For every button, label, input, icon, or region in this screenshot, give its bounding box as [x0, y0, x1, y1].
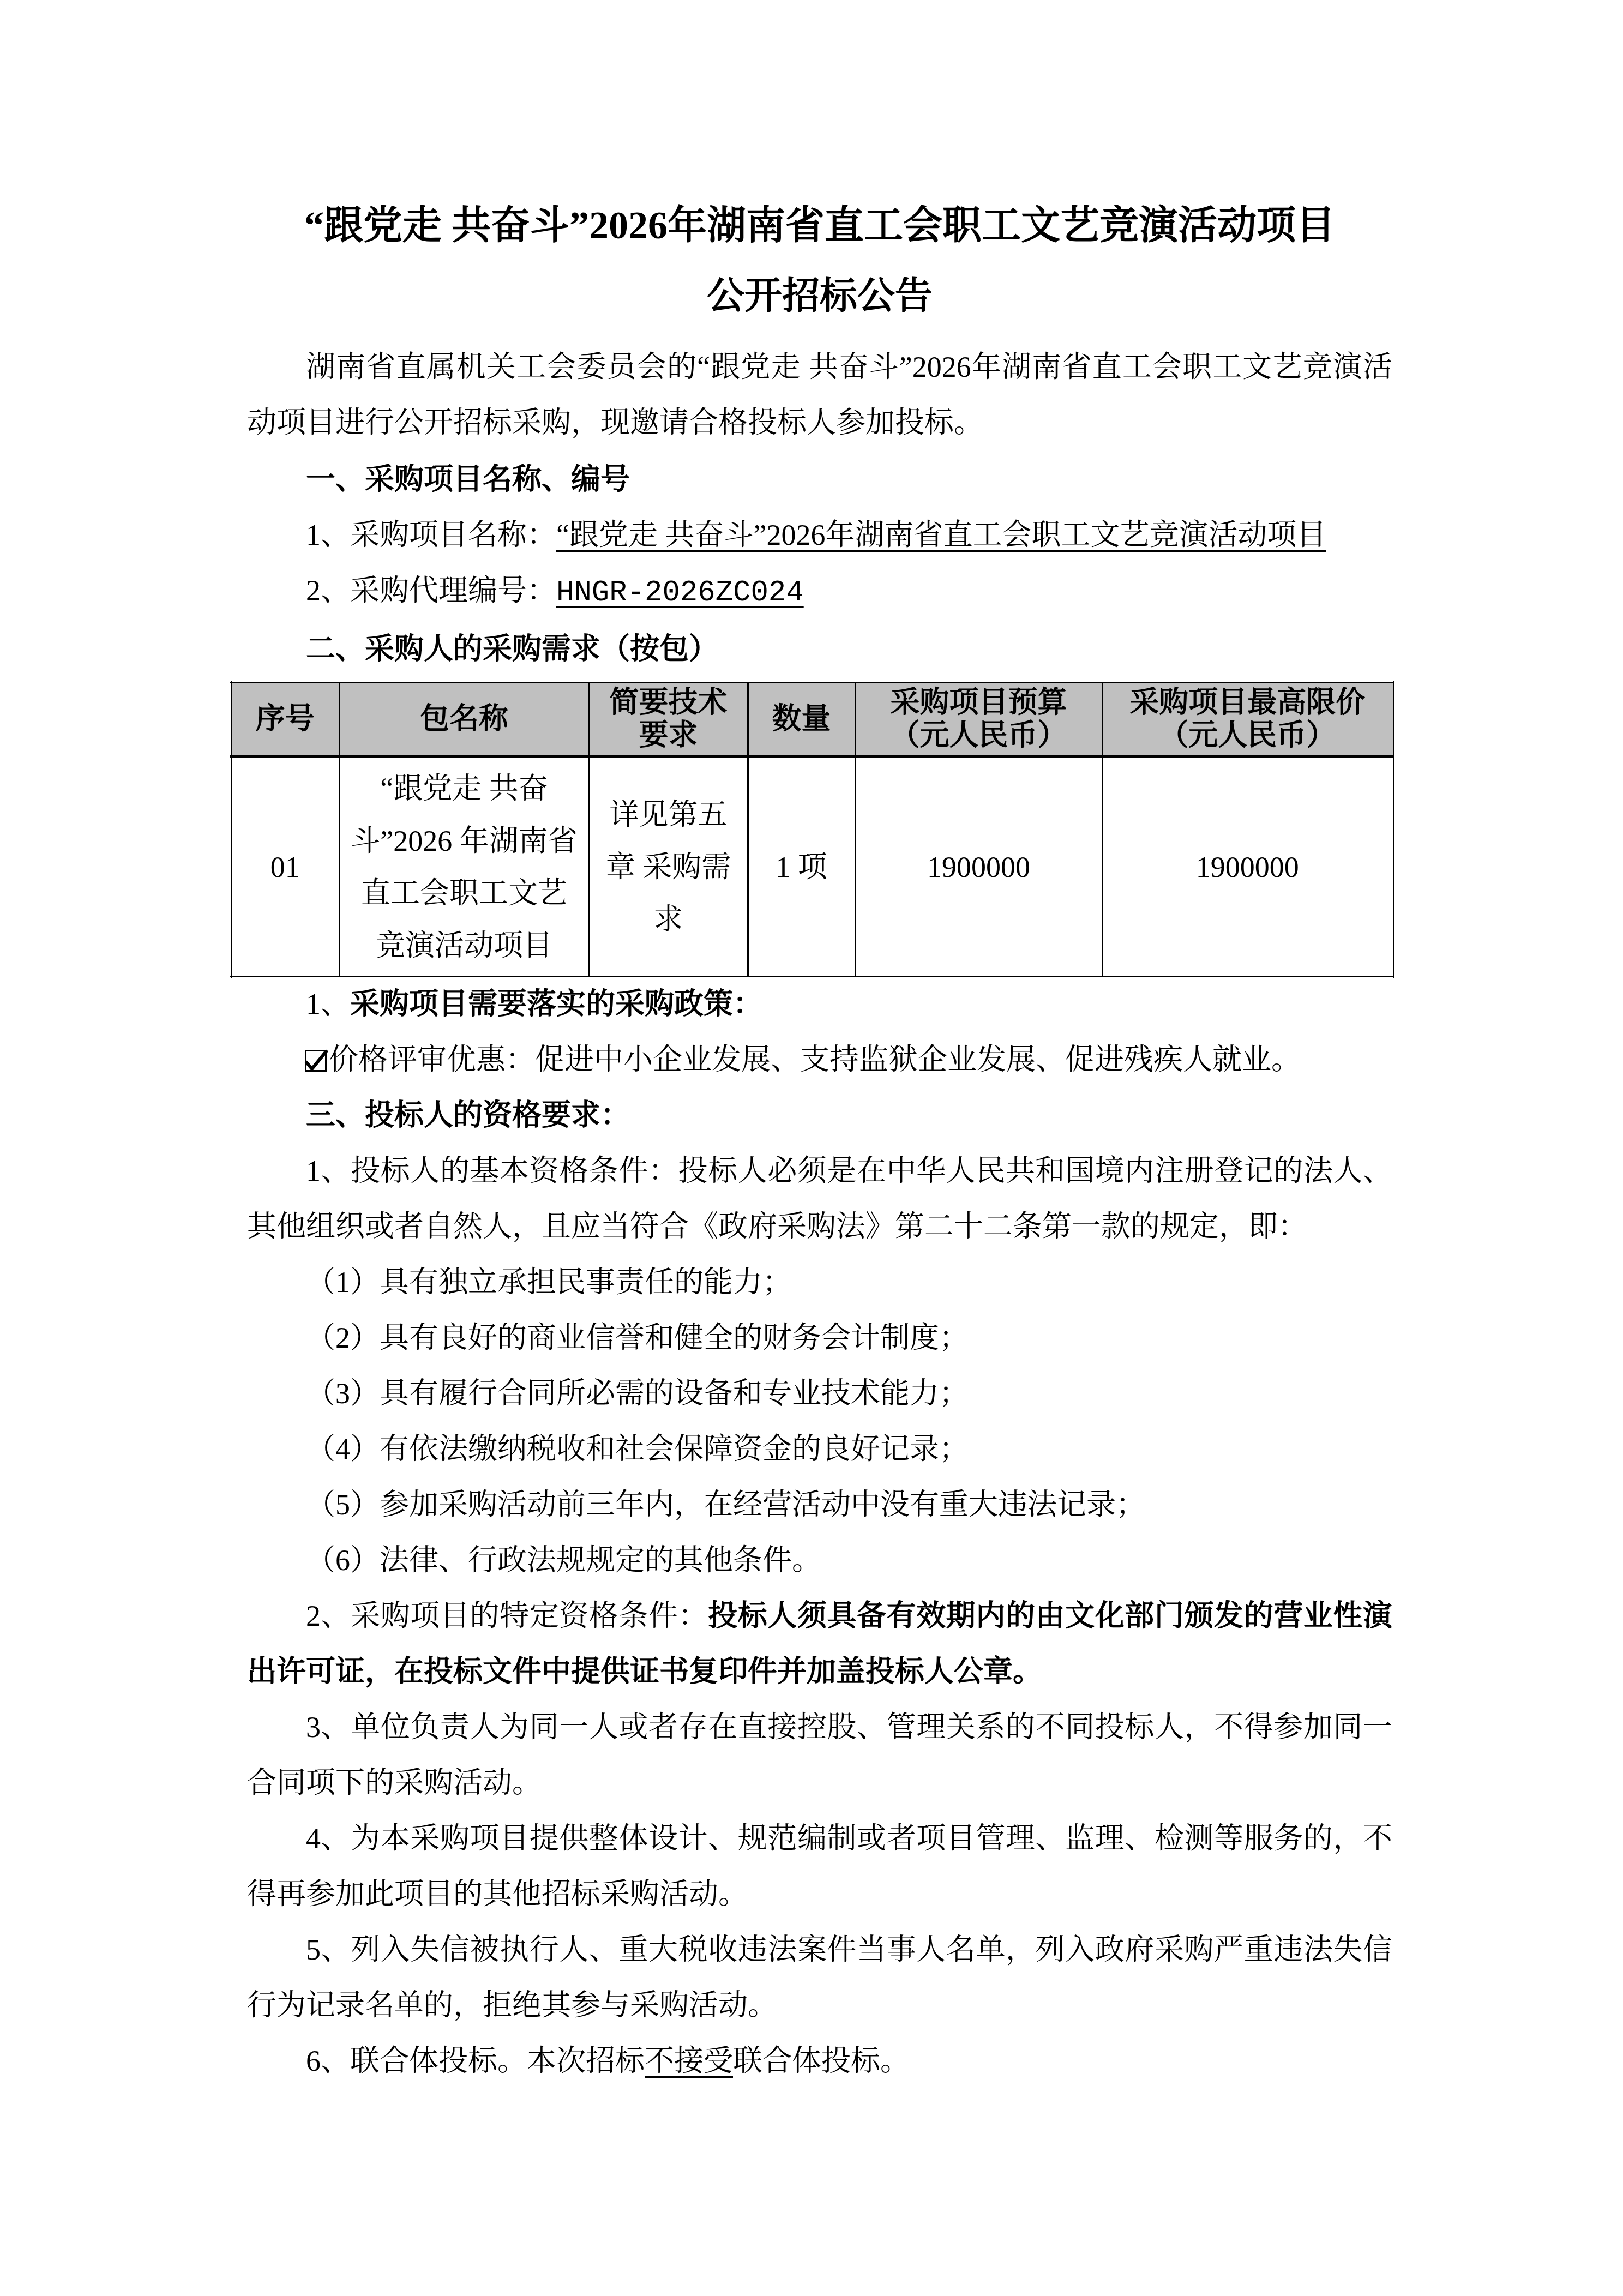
package-table: 序号 包名称 简要技术要求 数量 采购项目预算（元人民币） 采购项目最高限价（元…: [230, 681, 1394, 978]
table-row: 01 “跟党走 共奋斗”2026 年湖南省直工会职工文艺竞演活动项目 详见第五章…: [231, 756, 1393, 977]
rule-item-3: 3、单位负责人为同一人或者存在直接控股、管理关系的不同投标人，不得参加同一合同项…: [247, 1699, 1392, 1811]
condition-item: （6）法律、行政法规规定的其他条件。: [247, 1532, 1392, 1588]
specific-qualification-label: 2、采购项目的特定资格条件：: [306, 1600, 708, 1632]
cell-seq: 01: [231, 756, 339, 977]
cell-tech-requirements: 详见第五章 采购需求: [589, 756, 748, 977]
policy-option: 价格评审优惠：促进中小企业发展、支持监狱企业发展、促进残疾人就业。: [247, 1032, 1392, 1087]
specific-qualification: 2、采购项目的特定资格条件：投标人须具备有效期内的由文化部门颁发的营业性演出许可…: [247, 1588, 1392, 1699]
consortium-prefix: 6、联合体投标。本次招标: [306, 2045, 645, 2077]
document-title: “跟党走 共奋斗”2026年湖南省直工会职工文艺竞演活动项目: [247, 201, 1392, 250]
consortium-suffix: 联合体投标。: [733, 2045, 910, 2077]
consortium-not-accepted: 不接受: [645, 2045, 733, 2077]
policy-heading-line: 1、采购项目需要落实的采购政策：: [247, 976, 1392, 1032]
project-name-value: “跟党走 共奋斗”2026年湖南省直工会职工文艺竞演活动项目: [556, 519, 1326, 551]
header-seq: 序号: [231, 682, 339, 756]
section2-heading: 二、采购人的采购需求（按包）: [247, 621, 1392, 677]
basic-qualification: 1、投标人的基本资格条件：投标人必须是在中华人民共和国境内注册登记的法人、其他组…: [247, 1143, 1392, 1254]
header-max-price: 采购项目最高限价（元人民币）: [1102, 682, 1393, 756]
section1-heading: 一、采购项目名称、编号: [247, 452, 1392, 507]
project-name-label: 1、采购项目名称：: [306, 519, 556, 551]
header-tech-requirements: 简要技术要求: [589, 682, 748, 756]
cell-budget: 1900000: [855, 756, 1102, 977]
section-qualifications: 1、采购项目需要落实的采购政策： 价格评审优惠：促进中小企业发展、支持监狱企业发…: [247, 976, 1392, 2089]
cell-max-price: 1900000: [1102, 756, 1393, 977]
cell-package-name: “跟党走 共奋斗”2026 年湖南省直工会职工文艺竞演活动项目: [339, 756, 589, 977]
condition-item: （4）有依法缴纳税收和社会保障资金的良好记录；: [247, 1421, 1392, 1477]
header-package-name: 包名称: [339, 682, 589, 756]
section-project-name: 一、采购项目名称、编号 1、采购项目名称：“跟党走 共奋斗”2026年湖南省直工…: [247, 452, 1392, 677]
header-budget: 采购项目预算（元人民币）: [855, 682, 1102, 756]
condition-item: （2）具有良好的商业信誉和健全的财务会计制度；: [247, 1310, 1392, 1366]
project-name-line: 1、采购项目名称：“跟党走 共奋斗”2026年湖南省直工会职工文艺竞演活动项目: [247, 507, 1392, 563]
agency-code-value: HNGR-2026ZC024: [556, 576, 804, 610]
rule-item-5: 5、列入失信被执行人、重大税收违法案件当事人名单，列入政府采购严重违法失信行为记…: [247, 1922, 1392, 2033]
rule-item-6: 6、联合体投标。本次招标不接受联合体投标。: [247, 2033, 1392, 2089]
agency-code-line: 2、采购代理编号：HNGR-2026ZC024: [247, 563, 1392, 621]
agency-code-label: 2、采购代理编号：: [306, 574, 556, 607]
header-quantity: 数量: [748, 682, 855, 756]
policy-heading: 采购项目需要落实的采购政策：: [350, 988, 762, 1020]
table-header-row: 序号 包名称 简要技术要求 数量 采购项目预算（元人民币） 采购项目最高限价（元…: [231, 682, 1393, 756]
policy-prefix: 1、: [306, 988, 350, 1020]
condition-item: （3）具有履行合同所必需的设备和专业技术能力；: [247, 1366, 1392, 1421]
cell-quantity: 1 项: [748, 756, 855, 977]
policy-text: 价格评审优惠：促进中小企业发展、支持监狱企业发展、促进残疾人就业。: [329, 1043, 1301, 1076]
intro-paragraph: 湖南省直属机关工会委员会的“跟党走 共奋斗”2026年湖南省直工会职工文艺竞演活…: [247, 339, 1392, 450]
checked-checkbox-icon[interactable]: [305, 1050, 327, 1072]
rule-item-4: 4、为本采购项目提供整体设计、规范编制或者项目管理、监理、检测等服务的，不得再参…: [247, 1811, 1392, 1922]
condition-item: （5）参加采购活动前三年内，在经营活动中没有重大违法记录；: [247, 1477, 1392, 1532]
condition-item: （1）具有独立承担民事责任的能力；: [247, 1254, 1392, 1310]
document-subtitle: 公开招标公告: [247, 272, 1392, 321]
intro-section: 湖南省直属机关工会委员会的“跟党走 共奋斗”2026年湖南省直工会职工文艺竞演活…: [247, 339, 1392, 450]
section3-heading: 三、投标人的资格要求：: [247, 1087, 1392, 1143]
